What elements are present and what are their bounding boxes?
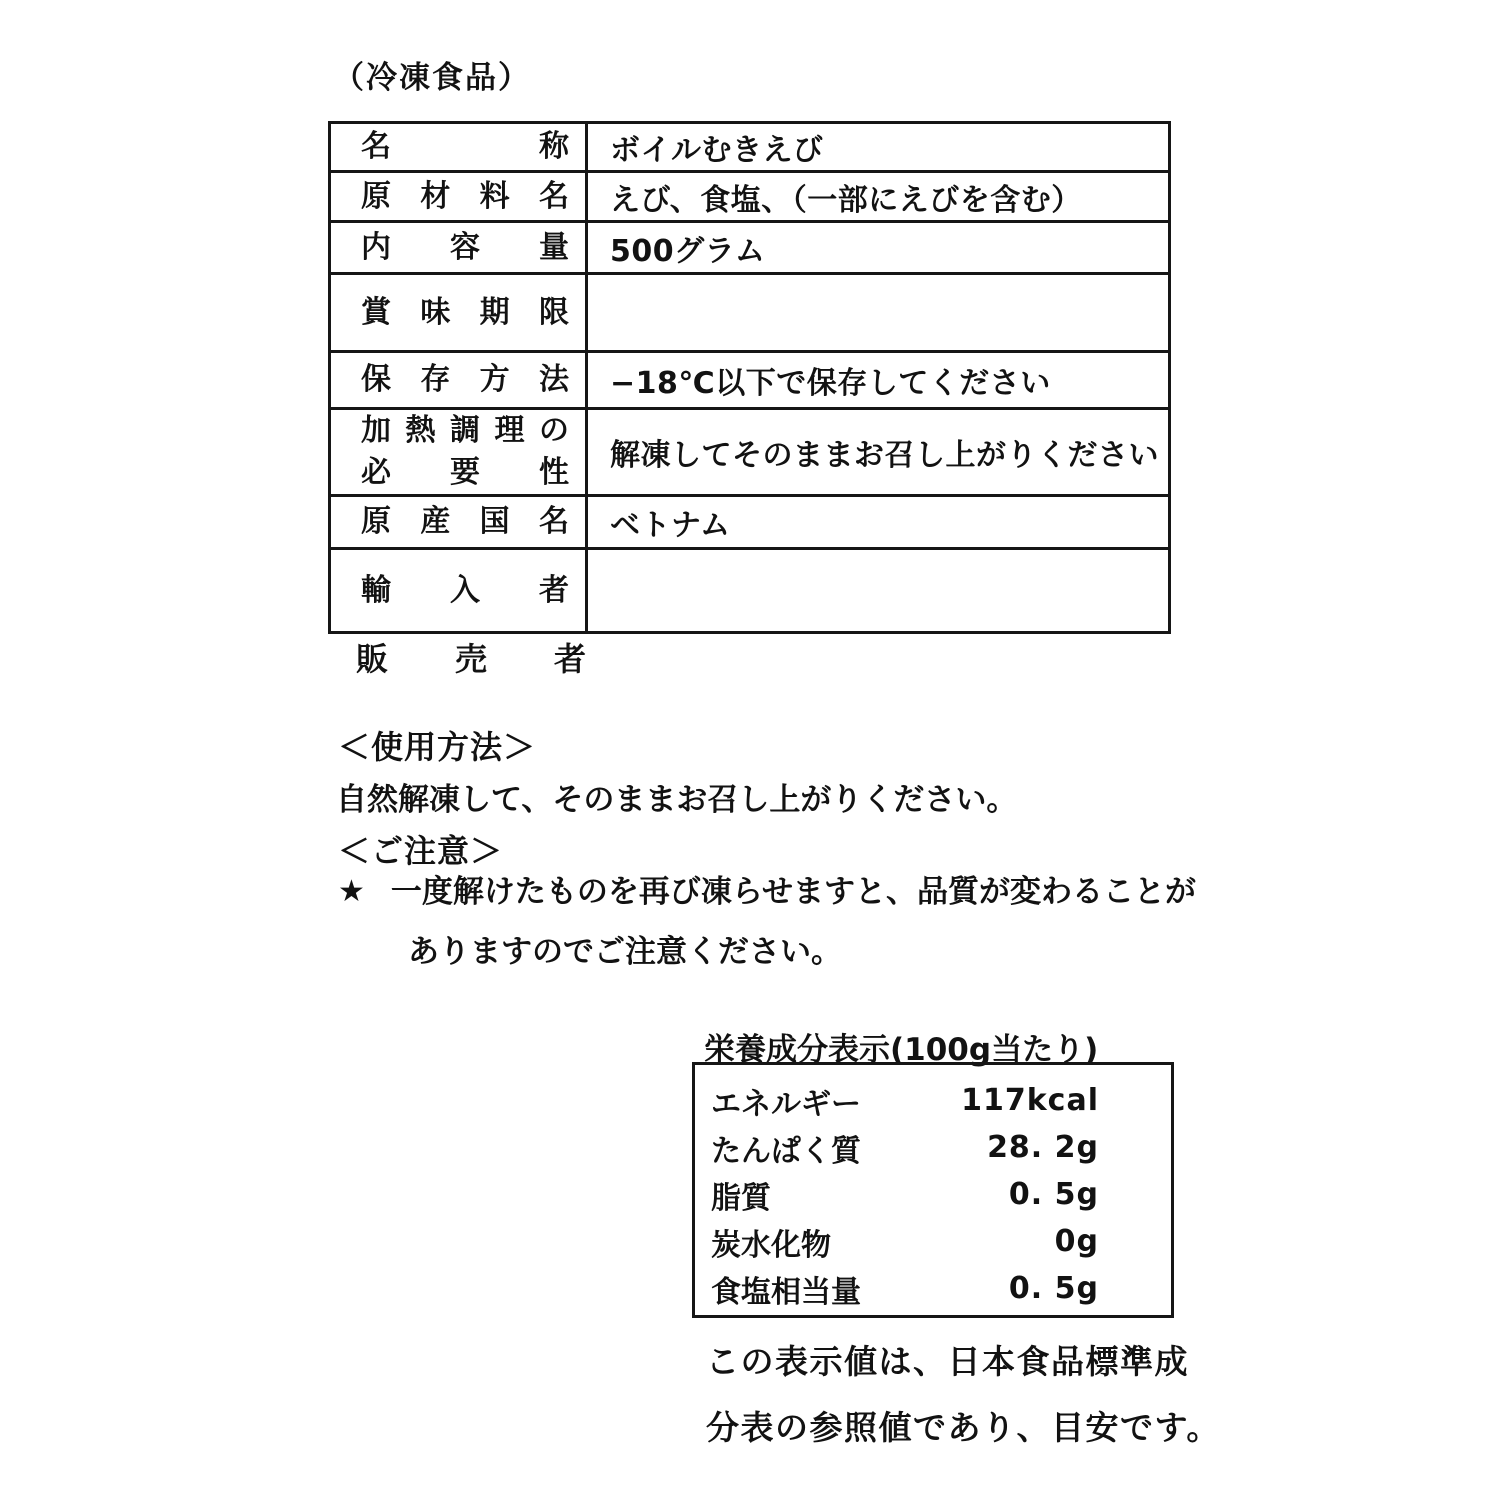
nutrition-value-protein: 28. 2g [987, 1130, 1099, 1165]
product-info-table: 名称 ボイルむきえび 原材料名 えび、食塩、（一部にえびを含む） 内容量 500… [328, 121, 1171, 634]
nutrition-footnote-line1: この表示値は、日本食品標準成 [706, 1336, 1189, 1383]
frozen-food-note: （冷凍食品） [333, 52, 531, 97]
table-row-net-content: 内容量 500グラム [330, 222, 1170, 274]
caution-line1: ★ 一度解けたものを再び凍らせますと、品質が変わることが [338, 872, 1196, 912]
row-value-ingredients: えび、食塩、（一部にえびを含む） [587, 172, 1170, 222]
seller-label: 販売者 [356, 638, 586, 680]
row-value-storage: −18℃以下で保存してください [587, 352, 1170, 409]
nutrition-table: エネルギー 117kcal たんぱく質 28. 2g 脂質 0. 5g 炭水化物… [692, 1062, 1174, 1318]
caution-line1-text: 一度解けたものを再び凍らせますと、品質が変わることが [391, 872, 1196, 912]
table-row-ingredients: 原材料名 えび、食塩、（一部にえびを含む） [330, 172, 1170, 222]
row-label-storage: 保存方法 [361, 359, 569, 401]
nutrition-label-carbohydrate: 炭水化物 [711, 1220, 831, 1264]
table-row-heating-necessity: 加熱調理の 必要性 解凍してそのままお召し上がりください [330, 409, 1170, 496]
frozen-food-label-sheet: （冷凍食品） 名称 ボイルむきえび 原材料名 えび、食塩、（一部にえびを含む） … [0, 0, 1500, 1500]
row-label-origin: 原産国名 [361, 501, 569, 543]
row-label-best-before: 賞味期限 [361, 292, 569, 334]
nutrition-row-salt: 食塩相当量 0. 5g [695, 1265, 1171, 1312]
table-row-country-of-origin: 原産国名 ベトナム [330, 496, 1170, 549]
row-label-name: 名称 [361, 126, 569, 168]
nutrition-value-salt: 0. 5g [1009, 1271, 1099, 1306]
row-value-heating: 解凍してそのままお召し上がりください [587, 409, 1170, 496]
row-value-name: ボイルむきえび [587, 123, 1170, 172]
nutrition-label-fat: 脂質 [711, 1173, 771, 1217]
nutrition-label-salt: 食塩相当量 [711, 1267, 861, 1311]
nutrition-row-fat: 脂質 0. 5g [695, 1171, 1171, 1218]
row-label-net-content: 内容量 [361, 227, 569, 269]
row-label-heating-line2: 必要性 [361, 452, 569, 494]
row-value-importer [587, 549, 1170, 633]
table-row-name: 名称 ボイルむきえび [330, 123, 1170, 172]
nutrition-row-protein: たんぱく質 28. 2g [695, 1124, 1171, 1171]
nutrition-label-protein: たんぱく質 [711, 1126, 861, 1170]
table-row-best-before: 賞味期限 [330, 274, 1170, 352]
table-row-storage: 保存方法 −18℃以下で保存してください [330, 352, 1170, 409]
star-icon: ★ [338, 872, 365, 912]
table-row-importer: 輸入者 [330, 549, 1170, 633]
nutrition-label-energy: エネルギー [711, 1079, 861, 1123]
usage-instructions: 自然解凍して、そのままお召し上がりください。 [336, 774, 1017, 819]
row-label-ingredients: 原材料名 [361, 176, 569, 218]
row-value-best-before [587, 274, 1170, 352]
caution-heading: ＜ご注意＞ [338, 826, 503, 872]
row-value-origin: ベトナム [587, 496, 1170, 549]
usage-heading: ＜使用方法＞ [338, 722, 536, 768]
nutrition-value-fat: 0. 5g [1009, 1177, 1099, 1212]
caution-line2: ありますのでご注意ください。 [408, 926, 842, 971]
row-label-heating-line1: 加熱調理の [361, 410, 569, 452]
nutrition-row-energy: エネルギー 117kcal [695, 1077, 1171, 1124]
nutrition-value-carbohydrate: 0g [1055, 1224, 1099, 1259]
row-label-importer: 輸入者 [361, 570, 569, 612]
row-value-net-content: 500グラム [587, 222, 1170, 274]
nutrition-footnote-line2: 分表の参照値であり、目安です。 [706, 1402, 1221, 1449]
nutrition-row-carbohydrate: 炭水化物 0g [695, 1218, 1171, 1265]
nutrition-value-energy: 117kcal [961, 1083, 1099, 1118]
